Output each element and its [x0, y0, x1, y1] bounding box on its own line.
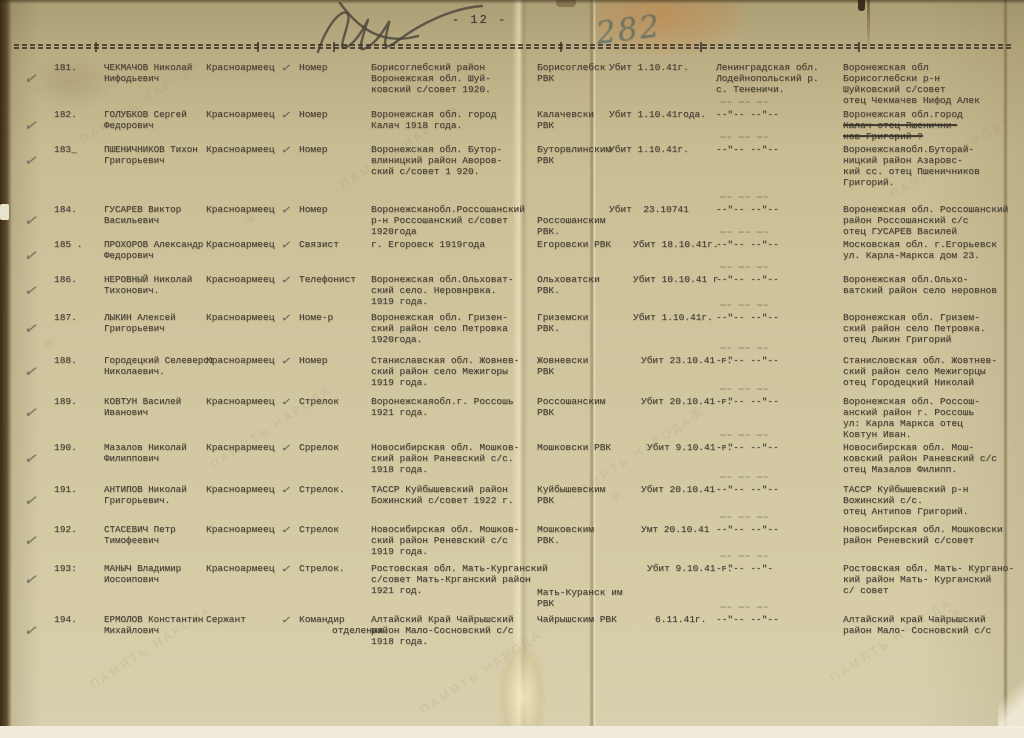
burial-or-ditto: --"-- --"-- [716, 355, 779, 366]
position: Телефонист [299, 274, 356, 285]
record-number: 184. [54, 204, 77, 215]
rank: Красноармеец [206, 312, 274, 323]
burial-or-ditto: --"-- --"-- [716, 524, 779, 535]
soldier-name: ЕРМОЛОВ КонстантинМихайлович [104, 614, 203, 636]
record-number: 182. [54, 109, 77, 120]
casualty-status: Убит 10.10.41 г [633, 274, 719, 285]
burial-or-ditto: --"-- --"-- [716, 204, 779, 215]
record-number: 189. [54, 396, 77, 407]
relatives-address: Алтайский край Чайрышскийрайон Мало- Сос… [843, 614, 991, 636]
relatives-address: Новосибирская обл. Мошковскирайон Реневс… [843, 524, 1003, 546]
draft-rvk: ЖовневскиРВК [537, 355, 588, 377]
casualty-status: Убит 1.10.41г. [609, 62, 689, 73]
birthplace: г. Егоровск 1919года [371, 239, 485, 250]
column-tick [333, 42, 335, 52]
fold-crease-right [1003, 0, 1008, 738]
column-tick [560, 42, 562, 52]
relatives-address: Станисловская обл. Жовтнев-ский район се… [843, 355, 997, 388]
position: Номе-р [299, 312, 333, 323]
casualty-status: 6.11.41г. [655, 614, 706, 625]
soldier-name: ПРОХОРОВ АлександрФедорович [104, 239, 203, 261]
column-tick [858, 42, 860, 52]
rank: Красноармеец [206, 62, 274, 73]
birthplace: Воронежсканобл.Россошанскийр-н Россошанс… [371, 204, 525, 237]
soldier-name: СТАСЕВИЧ ПетрТимофеевич [104, 524, 176, 546]
burial-or-ditto: Ленинградская обл.Лодейнопольский р.с. Т… [716, 62, 819, 95]
draft-rvk: Мать-Куранск имРВК [537, 587, 623, 609]
position: Стрелок. [299, 484, 345, 495]
record-number: 190. [54, 442, 77, 453]
scan-edge-bottom [0, 726, 1024, 738]
burial-or-ditto: --"-- --"-- [716, 274, 779, 285]
draft-rvk: РоссошанскимРВК [537, 396, 605, 418]
position: Номер [299, 204, 328, 215]
casualty-status: Убит 1.10.41года. [609, 109, 706, 120]
record-number: 193: [54, 563, 77, 574]
burial-or-ditto: --"-- --"-- [716, 442, 779, 453]
birthplace: Воронежская обл.Ольховат-ский село. Неро… [371, 274, 514, 307]
draft-rvk: КуйбышевскимРВК [537, 484, 605, 506]
scanned-document-page: ПАМЯТЬ НАРОДАПАМЯТЬ НАРОДАПАМЯТЬ НАРОДАП… [0, 0, 1024, 738]
burial-or-ditto: --"-- --"-- [716, 614, 779, 625]
relatives-address: Ростовская обл. Мать- Кургано-кий район … [843, 563, 1014, 596]
birthplace: Новосибирская обл. Мошков-ский район Ран… [371, 442, 519, 475]
record-number: 191. [54, 484, 77, 495]
relatives-address: Воронежская обл.городКалач отец-Пшенични… [843, 109, 963, 142]
relatives-address: Московская обл. г.Егорьевскул. Карла-Мар… [843, 239, 997, 261]
burial-or-ditto: --"-- --"-- [716, 312, 779, 323]
position: Стрелок. [299, 563, 345, 574]
burial-or-ditto: --"-- --"- [716, 563, 773, 574]
draft-rvk: ОльховатскиРВК. [537, 274, 600, 296]
paper-corner-flap [998, 668, 1024, 728]
relatives-address: ТАССР Куйбышевский р-нВожинский с/с.отец… [843, 484, 968, 517]
relatives-address: Новосибирская обл. Мош-ковский район Ран… [843, 442, 997, 475]
column-tick [257, 42, 259, 52]
burial-or-ditto: --"-- --"-- [716, 484, 779, 495]
position: Номер [299, 109, 328, 120]
draft-rvk: Егоровски РВК [537, 239, 611, 250]
casualty-status: Умт 20.10.41 [641, 524, 709, 535]
birthplace: Воронежская обл. городКалач 1918 года. [371, 109, 496, 131]
rank: Красноармеец [206, 204, 274, 215]
casualty-status: Убит 18.10.41г. [633, 239, 719, 250]
birthplace: Воронежская обл. Гризен-ский район село … [371, 312, 508, 345]
birthplace: Станиславская обл. Жовнев-ский район сел… [371, 355, 519, 388]
draft-rvk: Мошковски РВК [537, 442, 611, 453]
burial-or-ditto: --"-- --"-- [716, 144, 779, 155]
relatives-address: Воронежская обл. Россош-анский район г. … [843, 396, 980, 440]
birthplace: Воронежскаяобл.г. Россошь1921 года. [371, 396, 514, 418]
column-tick [95, 42, 97, 52]
record-number: 186. [54, 274, 77, 285]
rank: Краснрармеец [206, 442, 274, 453]
casualty-status: Убит 1.10.41г. [609, 144, 689, 155]
draft-rvk: РоссошанскимРВК. [537, 215, 605, 237]
position: Связист [299, 239, 339, 250]
soldier-name: АНТИПОВ НиколайГригорьевич. [104, 484, 187, 506]
position: Стрелок [299, 396, 339, 407]
position: Номер [299, 355, 328, 366]
birthplace: Ростовская обл. Мать-Курганскийс/совет М… [371, 563, 548, 596]
draft-rvk: ГриземскиРВК. [537, 312, 588, 334]
rank: Сержант [206, 614, 246, 625]
relatives-address: Воронежская облБорисоглебски р-нШуйковск… [843, 62, 980, 106]
soldier-name: ЧЕКМАЧОВ НиколайНифодьевич [104, 62, 192, 84]
rank: Красноармеец [206, 563, 274, 574]
soldier-name: НЕРОВНЫЙ НиколайТихонович. [104, 274, 192, 296]
soldier-name: Городецкий СелеверстНиколаевич. [104, 355, 214, 377]
birthplace: ТАССР Куйбышевский районБожинский с/сове… [371, 484, 514, 506]
burial-or-ditto: --"-- --"-- [716, 239, 779, 250]
soldier-name: ЛЫКИН АлексейГригорьевич [104, 312, 176, 334]
relatives-address: Воронежскаяобл.Буторай-ницкий район Азар… [843, 144, 980, 188]
draft-rvk: Чайрышским РВК [537, 614, 617, 625]
casualty-status: Убит 1.10.41г. [633, 312, 713, 323]
birthplace: Воронежская обл. Бутор-влиницкий район А… [371, 144, 502, 177]
position: Сррелок [299, 442, 339, 453]
table-separator-line [14, 44, 1014, 50]
record-number: 194. [54, 614, 77, 625]
record-number: 183_ [54, 144, 77, 155]
paper-chip [0, 204, 9, 220]
draft-rvk: БорисоглебскРВК [537, 62, 605, 84]
birthplace: Алтайский Край Чайрышскийрайон Мало-Сосн… [371, 614, 514, 647]
rank: Красноармеец [206, 484, 274, 495]
rank: Красноармеец [206, 396, 274, 407]
birthplace: Борисоглебский районВоронежская обл. Шуй… [371, 62, 491, 95]
rank: Красноармеец [206, 355, 274, 366]
soldier-name: МАНЫЧ ВладимирИосоипович [104, 563, 181, 585]
soldier-name: ГУСАРЕВ ВикторВасильевич [104, 204, 181, 226]
rank: Красноармеец [206, 274, 274, 285]
record-number: 185 . [54, 239, 83, 250]
column-tick [700, 42, 702, 52]
record-number: 187. [54, 312, 77, 323]
relatives-address: Воронежская обл. Россошанскийрайон Россо… [843, 204, 1008, 237]
paper-stain [26, 52, 116, 112]
position: Номер [299, 62, 328, 73]
draft-rvk: МошковскимРВК. [537, 524, 594, 546]
soldier-name: Мазалов НиколайФилиппович [104, 442, 187, 464]
record-number: 181. [54, 62, 77, 73]
draft-rvk: КалачевскиРВК [537, 109, 594, 131]
draft-rvk: БуторвлинскимРВК [537, 144, 611, 166]
record-number: 188. [54, 355, 77, 366]
relatives-address: Воронежская обл.Ольхо-ватский район село… [843, 274, 997, 296]
record-number: 192. [54, 524, 77, 535]
burial-or-ditto: --"-- --"-- [716, 396, 779, 407]
soldier-name: КОВТУН ВасилейИванович [104, 396, 181, 418]
relatives-address: Воронежская обл. Гризем-ский район село … [843, 312, 986, 345]
burial-or-ditto: --"-- --"-- [716, 109, 779, 120]
scan-edge-top [0, 0, 1024, 4]
casualty-status: Убит 23.10741 [609, 204, 689, 215]
rank: Красноармеец [206, 239, 274, 250]
scan-edge-left [0, 0, 12, 738]
position: Стрелок [299, 524, 339, 535]
rank: Красноармеец [206, 109, 274, 120]
soldier-name: ПШЕНИЧНИКОВ ТихонГригорьевич [104, 144, 198, 166]
soldier-name: ГОЛУБКОВ СергейФедорович [104, 109, 187, 131]
birthplace: Новосибирская обл. Мошков-ский район Рен… [371, 524, 519, 557]
rank: Красноармеец [206, 144, 274, 155]
position: Номер [299, 144, 328, 155]
casualty-status: Убит 20.10.41 [641, 484, 715, 495]
rank: Красноармеец [206, 524, 274, 535]
